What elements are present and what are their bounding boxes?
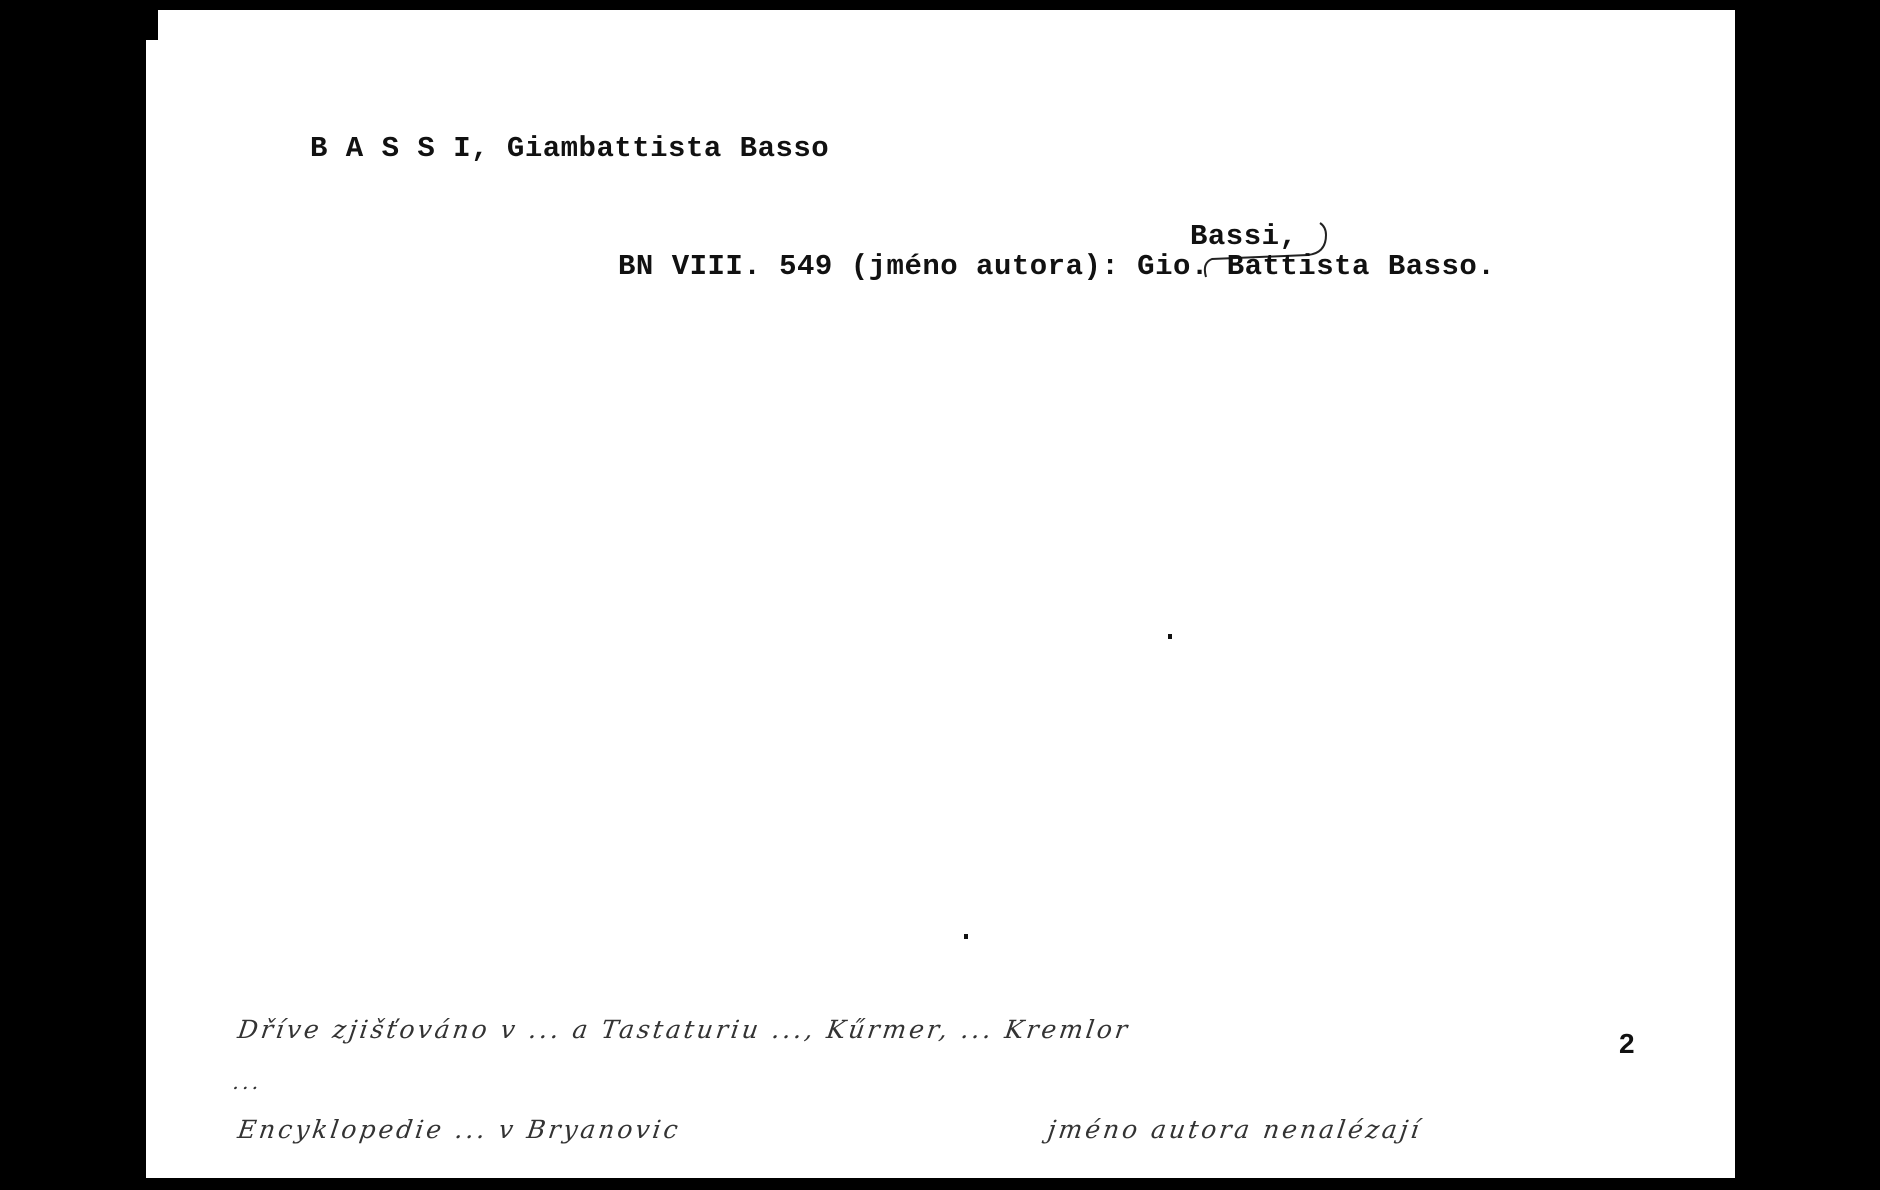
scan-speck [964, 934, 968, 939]
handwritten-note-2: ... [231, 1070, 263, 1094]
scan-speck [1168, 634, 1172, 639]
handwritten-note-4: jméno autora nenalézají [1046, 1115, 1424, 1144]
source-line: BN VIII. 549 (jméno autora): Gio. Battis… [618, 250, 1495, 283]
handwritten-note-1: Dříve zjišťováno v ... a Tastaturiu ...,… [236, 1015, 1132, 1044]
card-heading: B A S S I, Giambattista Basso [310, 132, 829, 165]
catalog-card: B A S S I, Giambattista Basso Bassi, BN … [158, 10, 1735, 1178]
page-number: 2 [1619, 1028, 1635, 1060]
handwritten-note-3: Encyklopedie ... v Bryanovic [236, 1115, 683, 1144]
